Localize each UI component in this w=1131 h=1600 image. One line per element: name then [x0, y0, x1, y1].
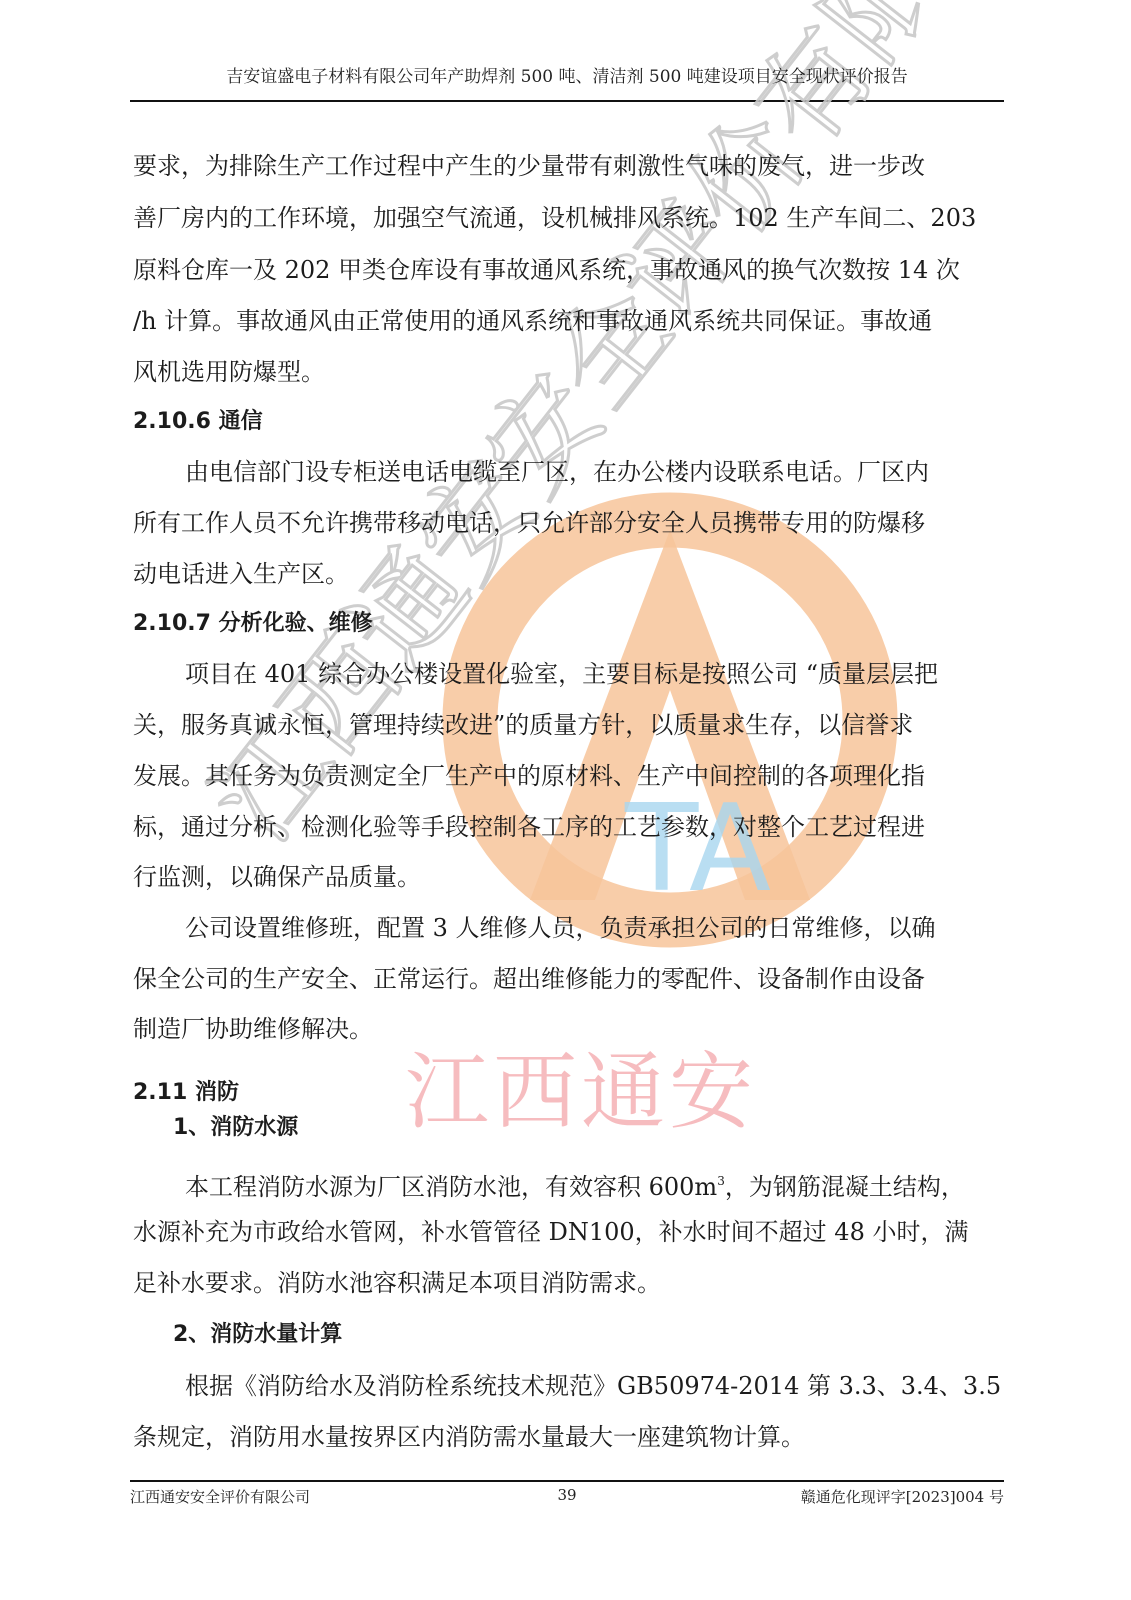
section-heading-2-11: 2.11 消防: [133, 1077, 239, 1109]
document-page: TA 江西通安 江西通安安全评价有限公司 吉安谊盛电子材料有限公司年产助焊剂 5…: [0, 0, 1131, 1600]
paragraph-line: /h 计算。事故通风由正常使用的通风系统和事故通风系统共同保证。事故通: [133, 305, 932, 337]
paragraph-line: 制造厂协助维修解决。: [133, 1013, 373, 1045]
paragraph-line: 原料仓库一及 202 甲类仓库设有事故通风系统，事故通风的换气次数按 14 次: [133, 254, 960, 286]
watermark-letters: TA: [624, 780, 771, 919]
paragraph-line: 发展。其任务为负责测定全厂生产中的原材料、生产中间控制的各项理化指: [133, 760, 925, 792]
paragraph-line: 足补水要求。消防水池容积满足本项目消防需求。: [133, 1267, 661, 1299]
paragraph-line: 根据《消防给水及消防栓系统技术规范》GB50974-2014 第 3.3、3.4…: [185, 1370, 1001, 1402]
subsection-heading-water-source: 1、消防水源: [173, 1112, 298, 1144]
paragraph-line: 由电信部门设专柜送电话电缆至厂区，在办公楼内设联系电话。厂区内: [185, 456, 929, 488]
paragraph-line: 标，通过分析、检测化验等手段控制各工序的工艺参数，对整个工艺过程进: [133, 811, 925, 843]
paragraph-line: 保全公司的生产安全、正常运行。超出维修能力的零配件、设备制作由设备: [133, 963, 925, 995]
footer-doc-number: 赣通危化现评字[2023]004 号: [801, 1486, 1004, 1507]
text-span: 本工程消防水源为厂区消防水池，有效容积 600m: [185, 1173, 717, 1201]
subsection-heading-water-calc: 2、消防水量计算: [173, 1319, 342, 1351]
footer-divider: [130, 1480, 1004, 1482]
running-header: 吉安谊盛电子材料有限公司年产助焊剂 500 吨、清洁剂 500 吨建设项目安全现…: [130, 62, 1004, 87]
paragraph-line: 公司设置维修班，配置 3 人维修人员，负责承担公司的日常维修，以确: [185, 912, 936, 944]
paragraph-line: 行监测，以确保产品质量。: [133, 861, 421, 893]
paragraph-line: 风机选用防爆型。: [133, 356, 325, 388]
paragraph-line: 本工程消防水源为厂区消防水池，有效容积 600m3，为钢筋混凝土结构，: [185, 1165, 965, 1203]
paragraph-line: 水源补充为市政给水管网，补水管管径 DN100，补水时间不超过 48 小时，满: [133, 1216, 968, 1248]
paragraph-line: 要求，为排除生产工作过程中产生的少量带有刺激性气味的废气，进一步改: [133, 150, 925, 182]
section-heading-2-10-7: 2.10.7 分析化验、维修: [133, 608, 373, 640]
section-heading-2-10-6: 2.10.6 通信: [133, 406, 263, 438]
paragraph-line: 善厂房内的工作环境，加强空气流通，设机械排风系统。102 生产车间二、203: [133, 202, 976, 234]
paragraph-line: 所有工作人员不允许携带移动电话，只允许部分安全人员携带专用的防爆移: [133, 507, 925, 539]
watermark-brand-text: 江西通安: [405, 1025, 757, 1146]
paragraph-line: 条规定，消防用水量按界区内消防需水量最大一座建筑物计算。: [133, 1421, 805, 1453]
paragraph-line: 动电话进入生产区。: [133, 558, 349, 590]
paragraph-line: 项目在 401 综合办公楼设置化验室，主要目标是按照公司 “质量层层把: [185, 658, 938, 690]
text-span: ，为钢筋混凝土结构，: [725, 1173, 965, 1201]
paragraph-line: 关，服务真诚永恒，管理持续改进”的质量方针，以质量求生存，以信誉求: [133, 709, 913, 741]
superscript: 3: [717, 1174, 725, 1188]
